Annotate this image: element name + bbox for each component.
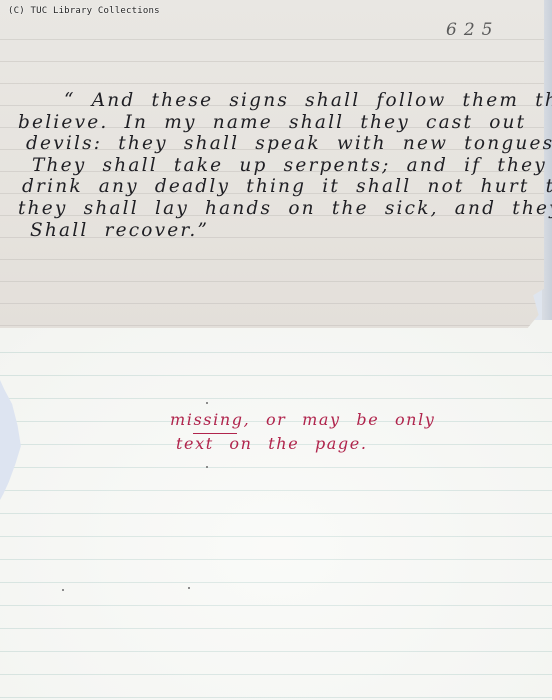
manuscript-line: drink any deadly thing it shall not hurt… — [18, 176, 538, 198]
manuscript-line: They shall take up serpents; and if they — [18, 155, 538, 177]
manuscript-line: devils: they shall speak with new tongue… — [18, 133, 538, 155]
annotation-underline — [193, 433, 237, 434]
manuscript-line: Shall recover.” — [18, 220, 538, 242]
ink-speck — [206, 466, 208, 468]
folio-number: 625 — [446, 20, 499, 40]
annotation-text: missing, or may be only text on the page… — [170, 408, 435, 456]
annotation-line: missing, or may be only — [170, 408, 435, 432]
manuscript-line: “ And these signs shall follow them that — [18, 90, 538, 112]
scanned-document: (C) TUC Library Collections 625 “ And th… — [0, 0, 552, 700]
lower-ruled-sheet — [0, 320, 552, 700]
ink-speck — [62, 589, 64, 591]
ink-speck — [188, 587, 190, 589]
annotation-line: text on the page. — [170, 432, 435, 456]
ink-speck — [206, 402, 208, 404]
copyright-watermark: (C) TUC Library Collections — [8, 6, 160, 16]
manuscript-line: believe. In my name shall they cast out — [18, 112, 538, 134]
manuscript-line: they shall lay hands on the sick, and th… — [18, 198, 538, 220]
manuscript-text: “ And these signs shall follow them that… — [18, 90, 538, 241]
